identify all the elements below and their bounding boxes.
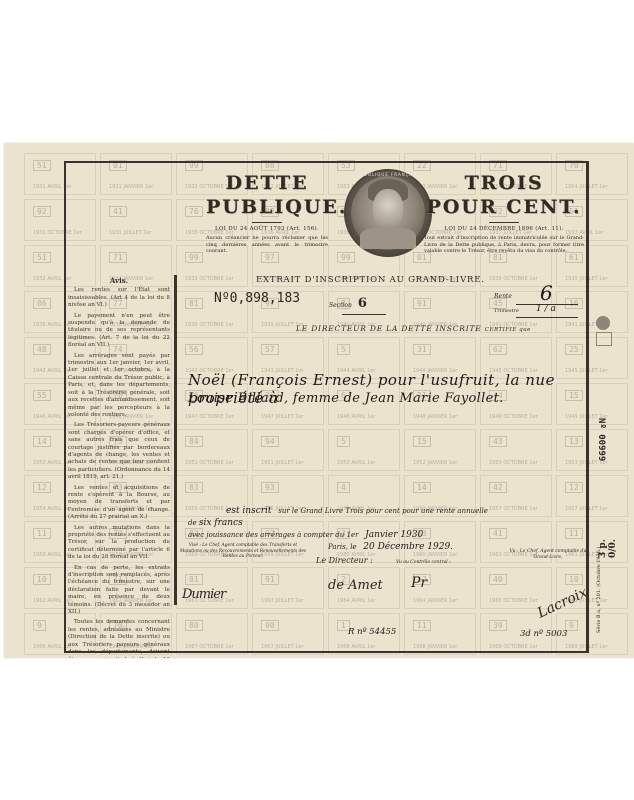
section-label: Section: [329, 302, 352, 309]
de-label: de: [188, 519, 197, 527]
certificate-frame: DETTE PUBLIQUE. LOI DU 24 AOÛT 1793 (Art…: [64, 161, 589, 653]
trimestre-value: 1 / a: [536, 304, 556, 314]
coupon-number: 92: [33, 206, 51, 217]
avis-paragraph: Toutes les demandes concernant les rente…: [68, 619, 170, 658]
le-directeur-label: Le Directeur :: [316, 556, 373, 565]
holder-line-2: Louise Billard, femme de Jean Marie Fayo…: [188, 391, 504, 406]
inscrit-line: est inscrit sur le Grand Livre Trois pou…: [226, 506, 576, 516]
loi-left-note: Aucun créancier ne pourra réclamer que l…: [206, 235, 328, 255]
vise-block: Visé : Le Chef, Agent comptable des Tran…: [178, 543, 308, 560]
title-right-line1: TROIS: [424, 171, 584, 195]
issue-date: 20 Décembre 1929.: [363, 542, 453, 552]
trimestre-underline: [516, 317, 578, 318]
divider: [252, 222, 282, 223]
jouissance-text: avec jouissance des arrérages à compter …: [188, 531, 358, 539]
jouissance-line: avec jouissance des arrérages à compter …: [188, 530, 423, 540]
loi-right-note: Tout extrait d'inscription de rente imma…: [424, 235, 584, 255]
loi-left: LOI DU 24 AOÛT 1793 (Art. 156).: [206, 226, 328, 232]
amount-words: six francs: [199, 518, 243, 528]
avis-paragraph: Les ventes et acquisitions de rente s'op…: [68, 485, 170, 522]
directeur-certifie: LE DIRECTEUR DE LA DETTE INSCRITE CERTIF…: [296, 324, 531, 333]
inscrit-text: sur le Grand Livre Trois pour cent pour …: [278, 507, 488, 515]
section-field: Section6: [329, 296, 367, 311]
title-trois-pour-cent: TROIS POUR CENT. LOI DU 24 DÉCEMBRE 1896…: [424, 171, 584, 255]
amount-line: de six francs: [188, 518, 243, 528]
avis-heading: Avis.: [68, 277, 170, 284]
certificate-paper: 511931 AVRIL 1er011931 JANVIER 1er991932…: [4, 143, 634, 658]
serial-number-side: Nº 00999: [596, 418, 606, 461]
coupon-number: 51: [33, 252, 51, 263]
inscription-number: Nº0,898,183: [214, 291, 300, 306]
issue-date-line: Paris, le 20 Décembre 1929.: [328, 542, 453, 552]
avis-paragraph: Les rentes sur l'État sont insaisissable…: [68, 287, 170, 309]
reference-right: 3d nº 5003: [520, 629, 567, 639]
controle-label: Vu au Contrôle central :: [396, 560, 451, 565]
coupon-number: 9: [33, 620, 46, 631]
avis-paragraph: Le payement n'en peut être suspendu qu'à…: [68, 313, 170, 350]
paris-le: Paris, le: [328, 543, 357, 551]
extrait-heading: EXTRAIT D'INSCRIPTION AU GRAND-LIVRE.: [256, 275, 485, 285]
section-value: 6: [358, 296, 367, 311]
title-left-line2: PUBLIQUE.: [206, 195, 328, 219]
avis-paragraph: Les Trésoriers-payeurs généraux sont cha…: [68, 422, 170, 481]
avis-column-rule: [174, 275, 177, 605]
coupon-number: 11: [33, 528, 51, 539]
avis-paragraph: Les arrérages sont payés par trimestre a…: [68, 353, 170, 420]
title-right-line2: POUR CENT.: [424, 195, 584, 219]
coupon-number: 48: [33, 344, 51, 355]
divider: [489, 222, 519, 223]
inscrit-prefix: est inscrit: [226, 506, 272, 516]
coupon-number: 14: [33, 436, 51, 447]
reference-left: R nº 54455: [348, 627, 396, 637]
coupon-number: 06: [33, 298, 51, 309]
jouissance-date: Janvier 1930: [365, 530, 423, 540]
title-dette-publique: DETTE PUBLIQUE. LOI DU 24 AOÛT 1793 (Art…: [206, 171, 328, 255]
signature-chef: Lacroix: [535, 585, 590, 622]
section-underline: [342, 314, 386, 315]
signature-directeur: de Amet: [328, 578, 383, 593]
coupon-number: 51: [33, 160, 51, 171]
serie-side-label: Série B a, nº 201. (Octobre 1926.): [596, 546, 602, 633]
signature-agent: Dumier: [182, 587, 225, 602]
chef-block: Vu : Le Chef, Agent comptable du Grand-L…: [508, 549, 588, 560]
rente-label: Rente: [494, 293, 512, 300]
marianne-medallion-icon: RÉPUBLIQUE FRANÇAISE: [344, 169, 432, 257]
avis-notice: Avis. Les rentes sur l'État sont insaisi…: [68, 277, 170, 658]
coupon-number: 55: [33, 390, 51, 401]
loi-right: LOI DU 24 DÉCEMBRE 1896 (Art. 11).: [424, 226, 584, 232]
rente-value: 6: [540, 281, 553, 305]
avis-paragraph: En cas de perte, les extraits d'inscript…: [68, 565, 170, 617]
medal-legend: RÉPUBLIQUE FRANÇAISE: [346, 172, 430, 177]
stamp-emblem-icon: [592, 316, 616, 346]
coupon-number: 12: [33, 482, 51, 493]
directeur-line: LE DIRECTEUR DE LA DETTE INSCRITE: [296, 324, 482, 333]
coupon-number: 10: [33, 574, 51, 585]
title-left-line1: DETTE: [206, 171, 328, 195]
signature-controle: Pr: [411, 575, 427, 591]
avis-paragraph: Les autres mutations dans la propriété d…: [68, 525, 170, 562]
certifie-text: CERTIFIE que: [485, 327, 531, 333]
trimestre-label: Trimestre: [494, 308, 519, 314]
